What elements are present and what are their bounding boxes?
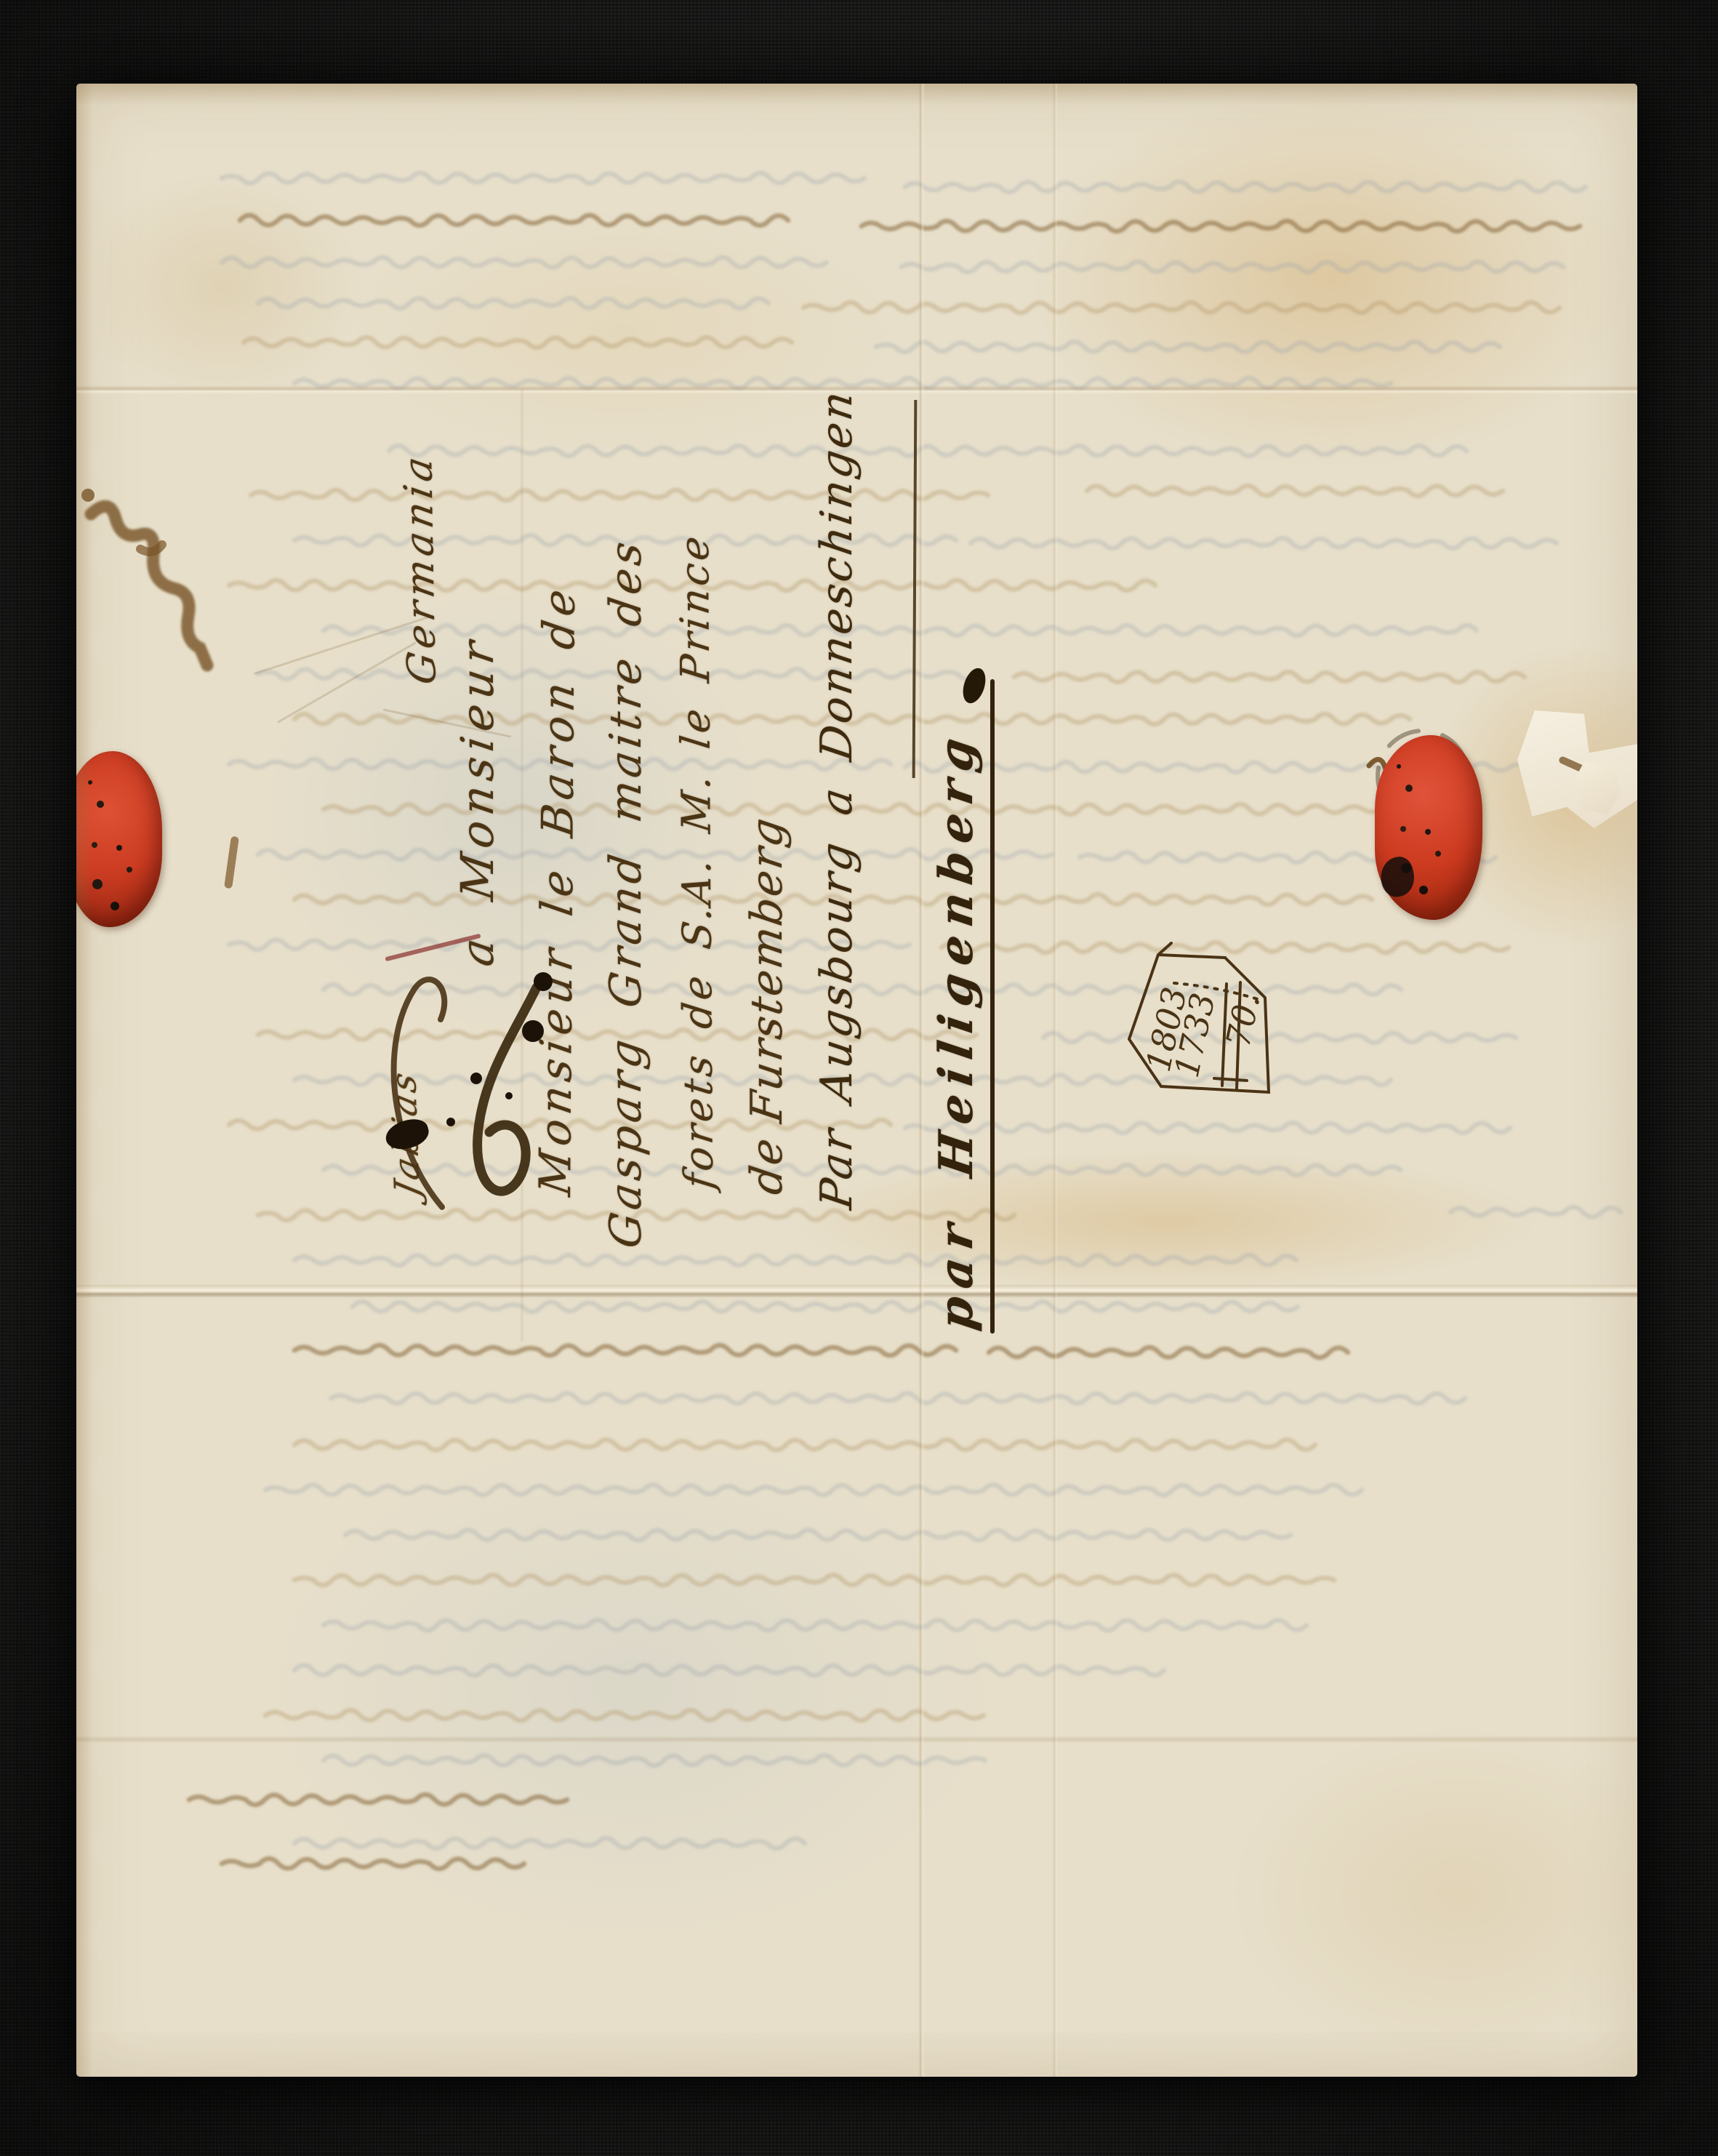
showthrough-line [324,1620,1306,1630]
showthrough-line [876,342,1500,352]
fold-crease-bottom [76,1736,1637,1743]
showthrough-line [1087,486,1503,496]
address-line: de Furstemberg [742,814,792,1198]
ink-blot [522,1020,544,1042]
ink-spot [81,489,95,502]
paper-stain [912,84,1637,542]
letter-paper: Germania a Monsieur Monsieur le Baron de… [76,84,1637,2077]
showthrough-line [222,173,864,183]
showthrough-line [905,182,1586,192]
showthrough-line [294,1345,956,1355]
ink-blot [534,972,553,991]
address-endorsement: Germania [395,449,445,687]
address-block: Germania a Monsieur Monsieur le Baron de… [378,400,1018,1338]
ink-dash [224,836,239,889]
torn-paper-fragment [1517,710,1637,828]
paraph-flourish [369,923,478,1229]
fold-crease-vertical [1052,84,1058,2077]
seal-dark-patch [1377,854,1418,899]
showthrough-line [1014,672,1525,682]
ink-smear [140,545,162,552]
showthrough-line [324,1755,985,1766]
showthrough-line [222,1859,524,1869]
showthrough-line [258,298,768,308]
wax-seal-left [76,751,162,927]
address-underline [912,400,918,778]
address-line: par Heiligenberg [929,726,984,1333]
showthrough-line [902,262,1563,272]
letter-scan: Germania a Monsieur Monsieur le Baron de… [0,0,1718,2156]
showthrough-line [971,538,1557,548]
address-line: Gasparg Grand maitre des [601,535,651,1251]
showthrough-line [331,1393,1465,1403]
seal-specks [1397,764,1401,769]
ink-blob [959,665,990,706]
showthrough-line [294,1440,1315,1450]
subtraction-tick [1214,1078,1247,1081]
showthrough-line [345,1530,1290,1540]
showthrough-line [294,378,1391,388]
ink-blot [505,1092,513,1099]
showthrough-line [189,1795,567,1805]
showthrough-line [265,1485,1362,1495]
showthrough-line [803,302,1560,313]
showthrough-line [989,1347,1348,1358]
address-line: Par Augsbourg a Donneschingen [811,386,862,1212]
showthrough-line [240,215,788,225]
ink-blot [446,1118,455,1126]
showthrough-line [862,221,1580,231]
showthrough-line [244,337,792,348]
address-underline [990,679,995,1334]
paper-stain [1152,1669,1637,2077]
seal-specks [88,780,92,785]
address-line: forets de S.A. M. le Prince [671,531,722,1191]
showthrough-line [265,1710,984,1720]
ink-blot [470,1073,482,1084]
showthrough-line [294,1665,1164,1675]
address-line: a Monsieur [451,633,504,970]
address-line: Monsieur le Baron de [530,581,585,1199]
showthrough-line [222,257,827,268]
paper-stain [142,1349,1123,2025]
ink-smear [91,506,207,665]
showthrough-line [294,1575,1334,1585]
paper-stain [76,135,411,440]
wax-seal-right [1375,735,1482,920]
showthrough-line [1450,1207,1621,1217]
docket-calculation-box: 1803 1733 70. [1116,936,1298,1125]
showthrough-line [294,1838,805,1848]
